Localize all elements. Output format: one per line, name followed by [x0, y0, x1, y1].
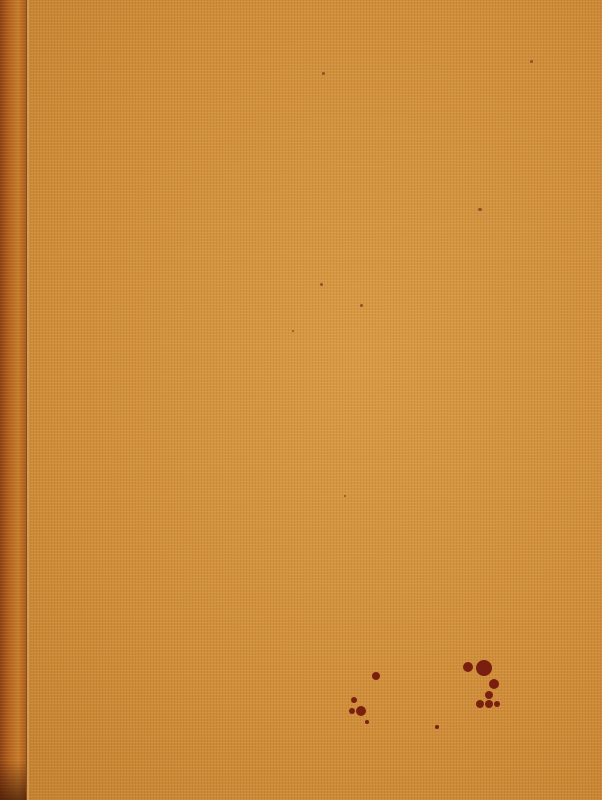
stain: [489, 679, 499, 689]
stain: [351, 697, 357, 703]
book-spine: [0, 0, 26, 800]
stain: [485, 691, 493, 699]
speck: [360, 304, 363, 307]
speck: [344, 495, 346, 497]
speck: [322, 72, 325, 75]
stain: [476, 700, 484, 708]
stain: [485, 700, 493, 708]
stain: [435, 725, 439, 729]
cover-hinge: [26, 0, 29, 800]
speck: [292, 330, 294, 332]
book-cover: [0, 0, 602, 800]
stain: [463, 662, 473, 672]
stain: [356, 706, 366, 716]
stain: [349, 708, 355, 714]
speck: [530, 60, 533, 63]
speck: [320, 283, 323, 286]
stain: [494, 701, 500, 707]
stain: [372, 672, 380, 680]
stain: [365, 720, 369, 724]
spine-wear: [0, 760, 26, 800]
speck: [478, 208, 482, 211]
stain: [476, 660, 492, 676]
